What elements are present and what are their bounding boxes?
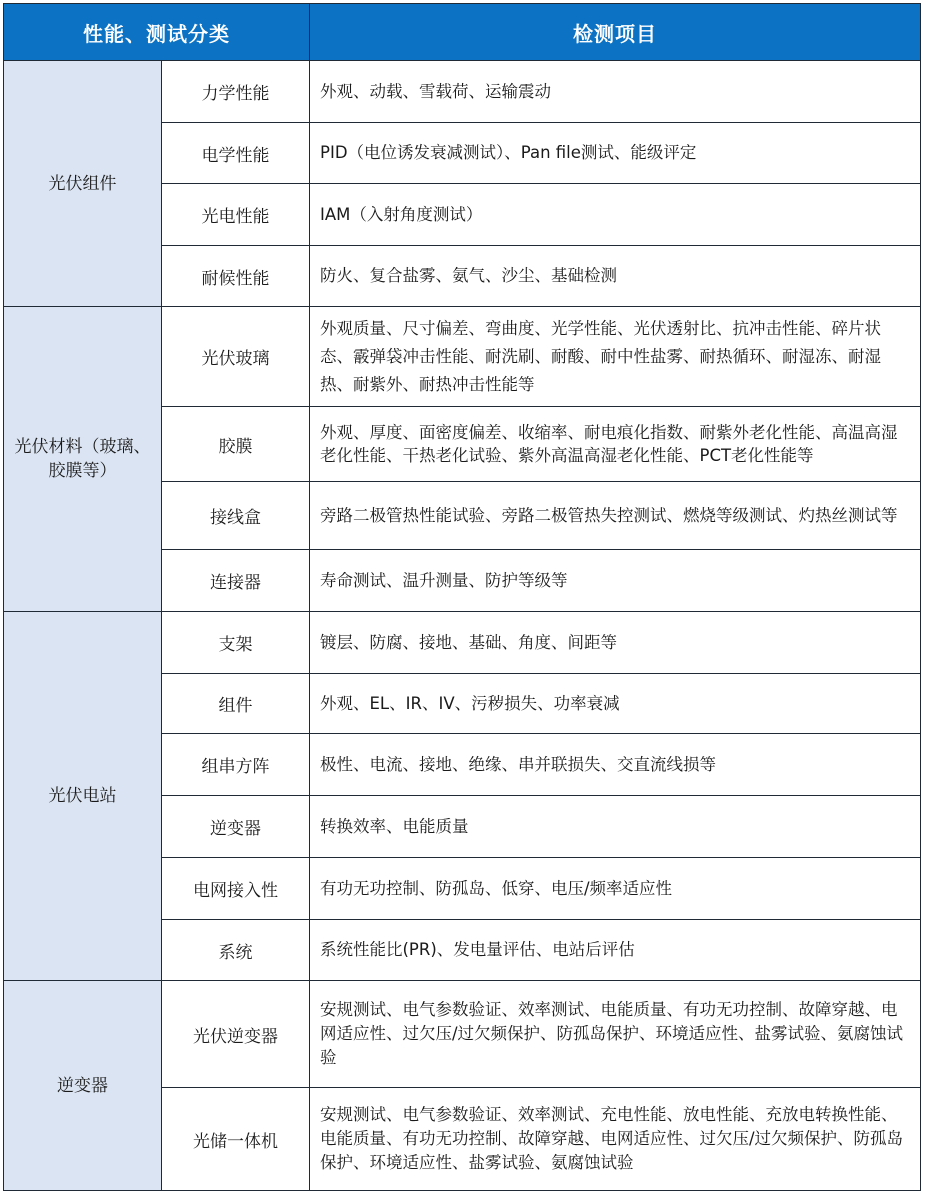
subcategory-cell: 力学性能 <box>162 61 310 123</box>
items-cell: 系统性能比(PR)、发电量评估、电站后评估 <box>310 920 921 981</box>
items-cell: 外观、厚度、面密度偏差、收缩率、耐电痕化指数、耐紫外老化性能、高温高湿老化性能、… <box>310 407 921 482</box>
subcategory-cell: 胶膜 <box>162 407 310 482</box>
category-cell: 逆变器 <box>4 981 162 1191</box>
table-row: 光伏组件 力学性能 外观、动载、雪载荷、运输震动 <box>4 61 921 123</box>
items-cell: 外观、动载、雪载荷、运输震动 <box>310 61 921 123</box>
items-cell: 镀层、防腐、接地、基础、角度、间距等 <box>310 612 921 674</box>
items-cell: PID（电位诱发衰减测试）、Pan file测试、能级评定 <box>310 123 921 184</box>
items-cell: 转换效率、电能质量 <box>310 796 921 858</box>
items-cell: 安规测试、电气参数验证、效率测试、充电性能、放电性能、充放电转换性能、电能质量、… <box>310 1088 921 1191</box>
subcategory-cell: 组串方阵 <box>162 734 310 796</box>
items-cell: 外观、EL、IR、IV、污秽损失、功率衰减 <box>310 674 921 734</box>
table-header-row: 性能、测试分类 检测项目 <box>4 4 921 61</box>
subcategory-cell: 支架 <box>162 612 310 674</box>
items-cell: 寿命测试、温升测量、防护等级等 <box>310 550 921 612</box>
items-cell: IAM（入射角度测试） <box>310 184 921 246</box>
subcategory-cell: 组件 <box>162 674 310 734</box>
items-cell: 安规测试、电气参数验证、效率测试、电能质量、有功无功控制、故障穿越、电网适应性、… <box>310 981 921 1088</box>
items-cell: 极性、电流、接地、绝缘、串并联损失、交直流线损等 <box>310 734 921 796</box>
subcategory-cell: 逆变器 <box>162 796 310 858</box>
testing-items-table: 性能、测试分类 检测项目 光伏组件 力学性能 外观、动载、雪载荷、运输震动 电学… <box>3 3 921 1191</box>
subcategory-cell: 接线盒 <box>162 482 310 550</box>
subcategory-cell: 电学性能 <box>162 123 310 184</box>
subcategory-cell: 光伏玻璃 <box>162 307 310 407</box>
subcategory-cell: 光伏逆变器 <box>162 981 310 1088</box>
category-cell: 光伏材料（玻璃、胶膜等） <box>4 307 162 612</box>
table-row: 光伏电站 支架 镀层、防腐、接地、基础、角度、间距等 <box>4 612 921 674</box>
subcategory-cell: 电网接入性 <box>162 858 310 920</box>
items-cell: 外观质量、尺寸偏差、弯曲度、光学性能、光伏透射比、抗冲击性能、碎片状态、霰弹袋冲… <box>310 307 921 407</box>
items-cell: 防火、复合盐雾、氨气、沙尘、基础检测 <box>310 246 921 307</box>
subcategory-cell: 光电性能 <box>162 184 310 246</box>
subcategory-cell: 连接器 <box>162 550 310 612</box>
category-cell: 光伏组件 <box>4 61 162 307</box>
category-cell: 光伏电站 <box>4 612 162 981</box>
header-items: 检测项目 <box>310 4 921 61</box>
subcategory-cell: 系统 <box>162 920 310 981</box>
table-row: 光伏材料（玻璃、胶膜等） 光伏玻璃 外观质量、尺寸偏差、弯曲度、光学性能、光伏透… <box>4 307 921 407</box>
items-cell: 旁路二极管热性能试验、旁路二极管热失控测试、燃烧等级测试、灼热丝测试等 <box>310 482 921 550</box>
items-cell: 有功无功控制、防孤岛、低穿、电压/频率适应性 <box>310 858 921 920</box>
table-row: 逆变器 光伏逆变器 安规测试、电气参数验证、效率测试、电能质量、有功无功控制、故… <box>4 981 921 1088</box>
header-category: 性能、测试分类 <box>4 4 310 61</box>
subcategory-cell: 耐候性能 <box>162 246 310 307</box>
subcategory-cell: 光储一体机 <box>162 1088 310 1191</box>
